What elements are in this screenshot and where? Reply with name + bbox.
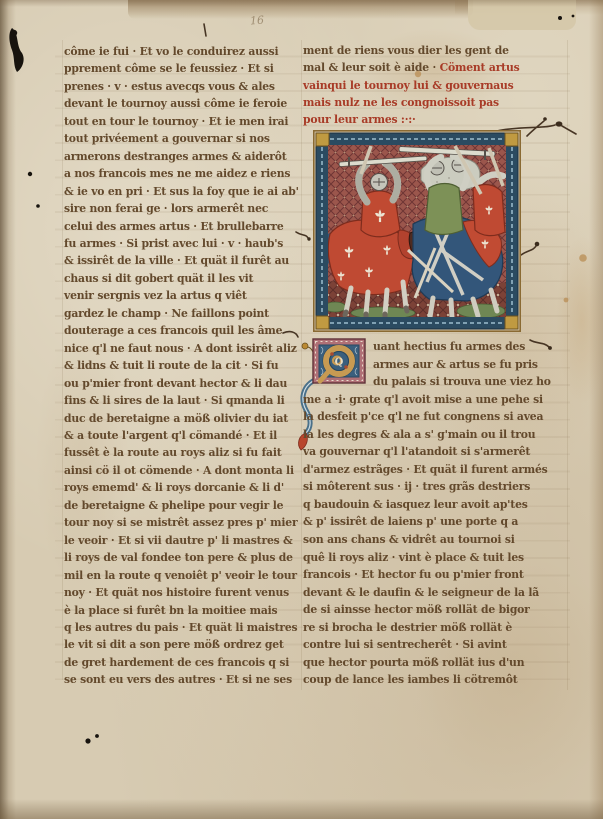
text-line: & ie vo en pri · Et sus la foy que ie ai…	[64, 183, 310, 200]
page-edge-top	[0, 0, 603, 7]
right-text-column: uant hectius fu armes desarmes aur & art…	[303, 338, 569, 689]
text-line: li roys de val fondee ton pere & plus de	[64, 549, 310, 566]
text-line: & issirêt de la ville · Et quät il furêt…	[64, 252, 310, 269]
text-line: venir sergnis vez la artus q viêt	[64, 287, 310, 304]
manuscript-page: 16	[0, 0, 603, 819]
text-line: q les autres du pais · Et quät li maistr…	[64, 619, 310, 636]
text-line: le veoir · Et si vii dautre p' li mastre…	[64, 532, 310, 549]
knight-red-right	[473, 185, 505, 236]
page-edge-right	[589, 0, 603, 819]
text-line: q baudouin & iasquez leur avoit ap'tes	[303, 496, 569, 514]
text-line: me a ·i· grate q'l avoit mise a une pehe…	[303, 391, 569, 409]
text-line: du palais si trouva une viez ho	[373, 373, 569, 391]
rubric-line: ment de riens vous dier les gent de	[303, 42, 569, 59]
text-line: tour noy si se mistrêt assez pres p' mie…	[64, 514, 310, 531]
text-line: fins & li sires de la laut · Si qmanda l…	[64, 392, 310, 409]
text-line: uant hectius fu armes des	[373, 338, 569, 356]
text-line: va gouvernar q'l l'atandoit si s'armerêt	[303, 443, 569, 461]
text-line: fu armes · Si prist avec lui · v · haub'…	[64, 235, 310, 252]
rubric-line: vainqui le tournoy lui & gouvernaus	[303, 77, 569, 94]
text-line: si môterent sus · ij · tres grãs destrie…	[303, 478, 569, 496]
text-line: duc de beretaigne a möß olivier du iat	[64, 410, 310, 427]
text-line: armerons destranges armes & aiderôt	[64, 148, 310, 165]
text-line: coup de lance les iambes li cötremôt	[303, 671, 569, 689]
rubric-line: mal & leur soit è aide · Cöment artus	[303, 59, 569, 76]
text-line: de gret hardement de ces francois q si	[64, 654, 310, 671]
text-line: quê li roys aliz · vint è place & tuit l…	[303, 549, 569, 567]
text-line: & lidns & tuit li route de la cit · Si f…	[64, 357, 310, 374]
text-line: è la place si furêt bn la moitiee mais	[64, 602, 310, 619]
page-edge-bottom	[0, 799, 603, 819]
text-line: devant le tournoy aussi côme ie feroie	[64, 95, 310, 112]
text-line: sire non ferai ge · lors armerêt nec	[64, 200, 310, 217]
text-line: tout privéement a gouvernar si nos	[64, 130, 310, 147]
text-line: le vit si dit a son pere möß ordrez get	[64, 636, 310, 653]
text-line: prenes · v · estus avecqs vous & ales	[64, 78, 310, 95]
text-line: & a toute l'argent q'l cömandé · Et il	[64, 427, 310, 444]
text-line: fussêt è la route au roys aliz si fu fai…	[64, 444, 310, 461]
folio-number: 16	[250, 14, 265, 28]
miniature-image	[313, 130, 521, 332]
text-line: côme ie fui · Et vo le conduirez aussi	[64, 43, 310, 60]
text-line: roys ememd' & li roys dorcanie & li d'	[64, 479, 310, 496]
text-line: contre lui si sentrecherêt · Si avint	[303, 636, 569, 654]
text-line: tout en tour le tournoy · Et ie men irai	[64, 113, 310, 130]
rider-green-surcoat	[425, 184, 463, 235]
text-line: son ans chans & vidrêt au tournoi si	[303, 531, 569, 549]
text-line: ou p'mier front devant hector & li dau	[64, 375, 310, 392]
text-line: d'armez estrãges · Et quät il furent arm…	[303, 461, 569, 479]
text-line: chaus si dit gobert quät il les vit	[64, 270, 310, 287]
text-line: devant & le daufin & le seigneur de la l…	[303, 584, 569, 602]
text-line: la les degres & ala a s' g'main ou il tr…	[303, 426, 569, 444]
text-line: de si ainsse hector möß rollät de bigor	[303, 601, 569, 619]
text-line: que hector pourta möß rollät ius d'un	[303, 654, 569, 672]
right-column-rubric: ment de riens vous dier les gent demal &…	[303, 42, 569, 129]
text-line: francois · Et hector fu ou p'mier front	[303, 566, 569, 584]
text-line: mil en la route q venoiêt p' veoir le to…	[64, 567, 310, 584]
text-line: douterage a ces francois quil les âme	[64, 322, 310, 339]
text-line: la desfeit p'ce q'l ne fut congnens si a…	[303, 408, 569, 426]
text-line: noy · Et quät nos histoire furent venus	[64, 584, 310, 601]
pen-tick	[204, 24, 206, 36]
binding-gutter	[0, 0, 16, 819]
text-line: de beretaigne & phelipe pour vegir le	[64, 497, 310, 514]
text-line: pprement côme se le feussiez · Et si	[64, 60, 310, 77]
text-line: celui des armes artus · Et brullebarre	[64, 218, 310, 235]
text-line: ainsi cö il ot cömende · A dont monta li	[64, 462, 310, 479]
text-line: & p' issirêt de laiens p' une porte q a	[303, 513, 569, 531]
text-line: nice q'l ne faut nous · A dont issirêt a…	[64, 340, 310, 357]
miniature-painting	[313, 130, 521, 332]
ruling-vertical	[62, 40, 63, 680]
rubric-line: pour leur armes :·:·	[303, 111, 569, 128]
text-line: re si brocha le destrier möß rollät è	[303, 619, 569, 637]
rubric-line: mais nulz ne les congnoissoit pas	[303, 94, 569, 111]
text-line: a nos francois mes ne me aidez e riens	[64, 165, 310, 182]
miniature-scene	[324, 145, 506, 319]
text-line: gardez le champ · Ne faillons point	[64, 305, 310, 322]
left-text-column: côme ie fui · Et vo le conduirez aussipp…	[64, 43, 310, 689]
text-line: se sont eu vers des autres · Et si ne se…	[64, 671, 310, 688]
text-line: armes aur & artus se fu pris	[373, 356, 569, 374]
